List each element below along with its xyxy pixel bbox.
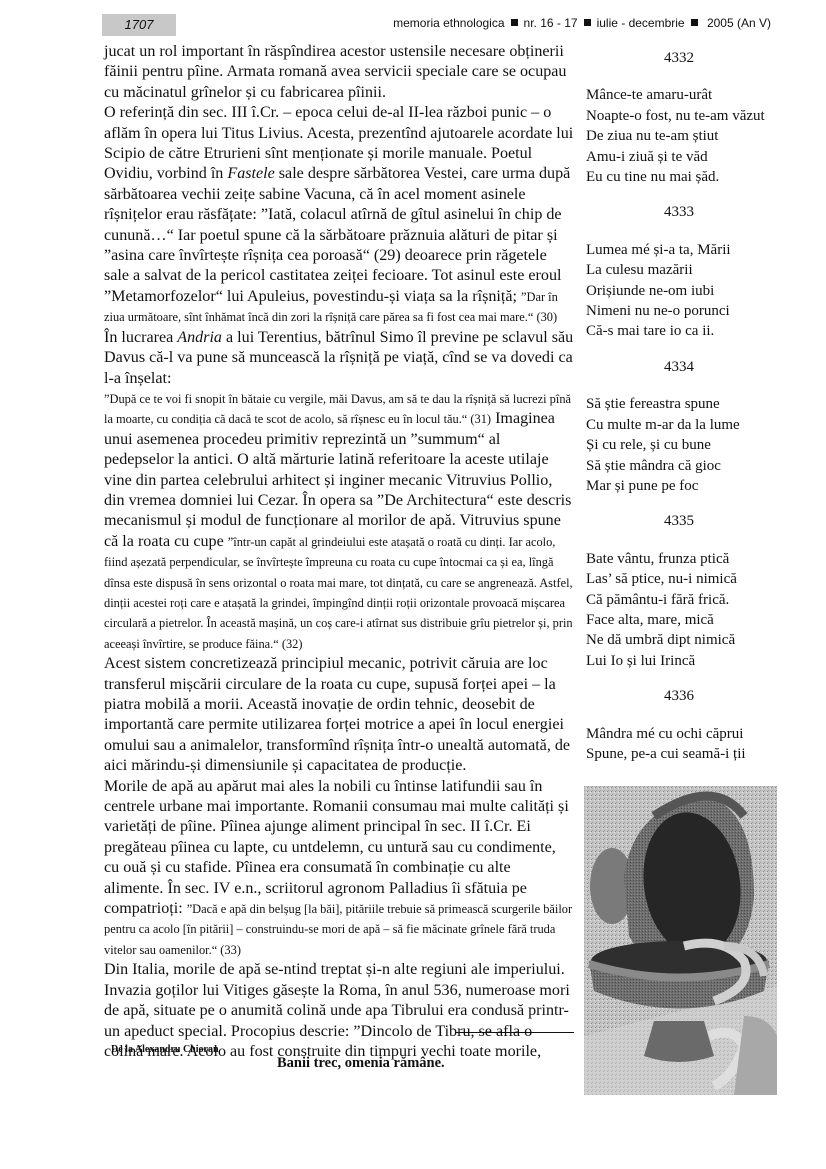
poem-line: Să știe mândra că gioc: [586, 456, 786, 476]
poem-number: 4333: [586, 202, 772, 222]
pottery-image-icon: [584, 786, 777, 1095]
issue-period: iulie - decembrie: [597, 16, 685, 30]
poem-line: La culesu mazării: [586, 260, 786, 280]
ceramic-pots-photo: [584, 786, 777, 1095]
square-bullet-icon: [511, 19, 518, 26]
poem: 4332 Mânce-te amaru-urât Noapte-o fost, …: [586, 48, 786, 187]
paragraph-text: sale despre sărbătorea Vestei, care urma…: [104, 165, 570, 304]
credit-line: De la Alexandru Chioran: [111, 1044, 219, 1055]
page-number: 1707: [125, 17, 154, 32]
footnote-divider: [456, 1032, 574, 1033]
poem-line: Lui Io și lui Irincă: [586, 651, 786, 671]
poem: 4334 Să știe fereastra spune Cu multe m-…: [586, 357, 786, 496]
poem-number: 4332: [586, 48, 772, 68]
journal-title: memoria ethnologica: [393, 16, 504, 30]
poem-line: Să știe fereastra spune: [586, 394, 786, 414]
poem-line: De ziua nu te-am știut: [586, 126, 786, 146]
poem-line: Amu-i ziuă și te văd: [586, 147, 786, 167]
work-title: Fastele: [227, 165, 274, 182]
quotation: ”într-un capăt al grindeiului este atașa…: [104, 535, 573, 651]
paragraph: Morile de apă au apărut mai ales la nobi…: [104, 777, 574, 961]
poem: 4333 Lumea mé și-a ta, Mării La culesu m…: [586, 202, 786, 341]
poem-number: 4336: [586, 686, 772, 706]
poem-line: Ne dă umbră dipt nimică: [586, 630, 786, 650]
poem-line: Eu cu tine nu mai șăd.: [586, 167, 786, 187]
running-header: memoria ethnologicanr. 16 - 17iulie - de…: [393, 14, 771, 32]
paragraph-text: Imaginea unui asemenea procedeu primitiv…: [104, 410, 571, 549]
poem-line: Lumea mé și-a ta, Mării: [586, 240, 786, 260]
poem-line: Și cu rele, și cu bune: [586, 435, 786, 455]
poem-line: Orișiunde ne-om iubi: [586, 281, 786, 301]
poem-line: Mânce-te amaru-urât: [586, 85, 786, 105]
paragraph: Acest sistem concretizează principiul me…: [104, 654, 574, 776]
paragraph-text: Morile de apă au apărut mai ales la nobi…: [104, 778, 569, 917]
poem-line: Spune, pe-a cui seamă-i ții: [586, 744, 786, 764]
paragraph: jucat un rol important în răspîndirea ac…: [104, 42, 574, 103]
poem-line: Mar și pune pe foc: [586, 476, 786, 496]
paragraph: ”După ce te voi fi snopit în bătaie cu v…: [104, 389, 574, 654]
poem-line: Că pământu-i fără frică.: [586, 590, 786, 610]
paragraph: În lucrarea Andria a lui Terentius, bătr…: [104, 328, 574, 389]
issue-number: nr. 16 - 17: [524, 16, 578, 30]
paragraph: O referință din sec. III î.Cr. – epoca c…: [104, 103, 574, 327]
poem: 4336 Mândra mé cu ochi căprui Spune, pe-…: [586, 686, 786, 764]
poems-column: 4332 Mânce-te amaru-urât Noapte-o fost, …: [586, 48, 786, 779]
poem: 4335 Bate vântu, frunza ptică Las’ să pt…: [586, 511, 786, 671]
poem-line: Că-s mai tare io ca ii.: [586, 321, 786, 341]
poem-line: Nimeni nu ne-o porunci: [586, 301, 786, 321]
poem-line: Noapte-o fost, nu te-am văzut: [586, 106, 786, 126]
paragraph-text: Acest sistem concretizează principiul me…: [104, 655, 570, 774]
poem-line: Las’ să ptice, nu-i nimică: [586, 569, 786, 589]
square-bullet-icon: [691, 19, 698, 26]
poem-number: 4334: [586, 357, 772, 377]
poem-number: 4335: [586, 511, 772, 531]
poem-line: Face alta, mare, mică: [586, 610, 786, 630]
proverb: Banii trec, omenia rămâne.: [277, 1055, 445, 1072]
paragraph-text: jucat un rol important în răspîndirea ac…: [104, 43, 566, 101]
square-bullet-icon: [584, 19, 591, 26]
article-body: jucat un rol important în răspîndirea ac…: [104, 42, 574, 1062]
poem-line: Bate vântu, frunza ptică: [586, 549, 786, 569]
issue-year: 2005 (An V): [707, 16, 771, 30]
page-number-box: 1707: [102, 14, 176, 36]
poem-line: Mândra mé cu ochi căprui: [586, 724, 786, 744]
poem-line: Cu multe m-ar da la lume: [586, 415, 786, 435]
work-title: Andria: [177, 329, 222, 346]
paragraph-text: În lucrarea: [104, 329, 177, 346]
